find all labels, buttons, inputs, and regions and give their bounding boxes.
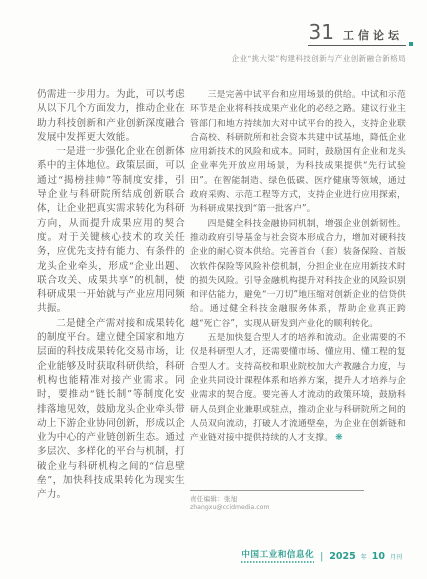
- paragraph-continuation: 仍需进一步用力。为此，可以考虑从以下几个方面发力，推动企业在助力科技创新和产业创…: [37, 88, 185, 145]
- issue-year-unit: 年: [361, 552, 367, 563]
- editor-email: zhangxu@ccidmedia.com: [190, 504, 364, 511]
- journal-name: 中国工业和信息化: [241, 548, 314, 560]
- left-column: 仍需进一步用力。为此，可以考虑从以下几个方面发力，推动企业在助力科技创新和产业创…: [37, 88, 185, 503]
- right-column: 三是完善中试平台和应用场景的供给。中试和示范环节是企业将科技成果产业化的必经之路…: [190, 88, 406, 445]
- paragraph-point-3: 三是完善中试平台和应用场景的供给。中试和示范环节是企业将科技成果产业化的必经之路…: [190, 88, 406, 217]
- journal-footer: 中国工业和信息化 | 2025 年 10 月刊: [241, 548, 402, 564]
- article-end-icon: ❋: [335, 433, 343, 443]
- journal-name-block: 中国工业和信息化: [241, 548, 314, 564]
- editor-note: 责任编辑：张旭 zhangxu@ccidmedia.com: [190, 490, 364, 511]
- issue-month: 10: [372, 551, 385, 563]
- paragraph-point-2: 二是健全产需对接和成果转化的制度平台。建立健全国家和地方层面的科技成果转化交易市…: [37, 317, 185, 503]
- page-number: 31: [309, 22, 334, 42]
- issue-month-unit: 月刊: [390, 552, 402, 563]
- page-header: 31 工信论坛 企业“挑大梁”构建科技创新与产业创新融合新格局: [232, 22, 406, 64]
- header-accent-square: [409, 42, 413, 46]
- paragraph-point-4: 四是健全科技金融协同机制，增强企业创新韧性。推动政府引导基金与社会资本形成合力，…: [190, 217, 406, 331]
- running-subtitle: 企业“挑大梁”构建科技创新与产业创新融合新格局: [232, 53, 406, 64]
- editor-label: 责任编辑：张旭: [190, 494, 364, 503]
- magazine-page: 31 工信论坛 企业“挑大梁”构建科技创新与产业创新融合新格局 仍需进一步用力。…: [0, 0, 427, 579]
- paragraph-point-5: 五是加快复合型人才的培养和流动。企业需要的不仅是科研型人才，还需要懂市场、懂应用…: [190, 331, 406, 445]
- paragraph-point-1: 一是进一步强化企业在创新体系中的主体地位。政策层面，可以通过“揭榜挂帅”等制度安…: [37, 145, 185, 317]
- section-heading: 31 工信论坛: [308, 22, 406, 46]
- section-title: 工信论坛: [343, 27, 403, 43]
- journal-name-tagline: [241, 561, 314, 563]
- footer-separator: |: [319, 552, 324, 563]
- issue-year: 2025: [329, 551, 355, 563]
- paragraph-text: 五是加快复合型人才的培养和流动。企业需要的不仅是科研型人才，还需要懂市场、懂应用…: [190, 333, 406, 443]
